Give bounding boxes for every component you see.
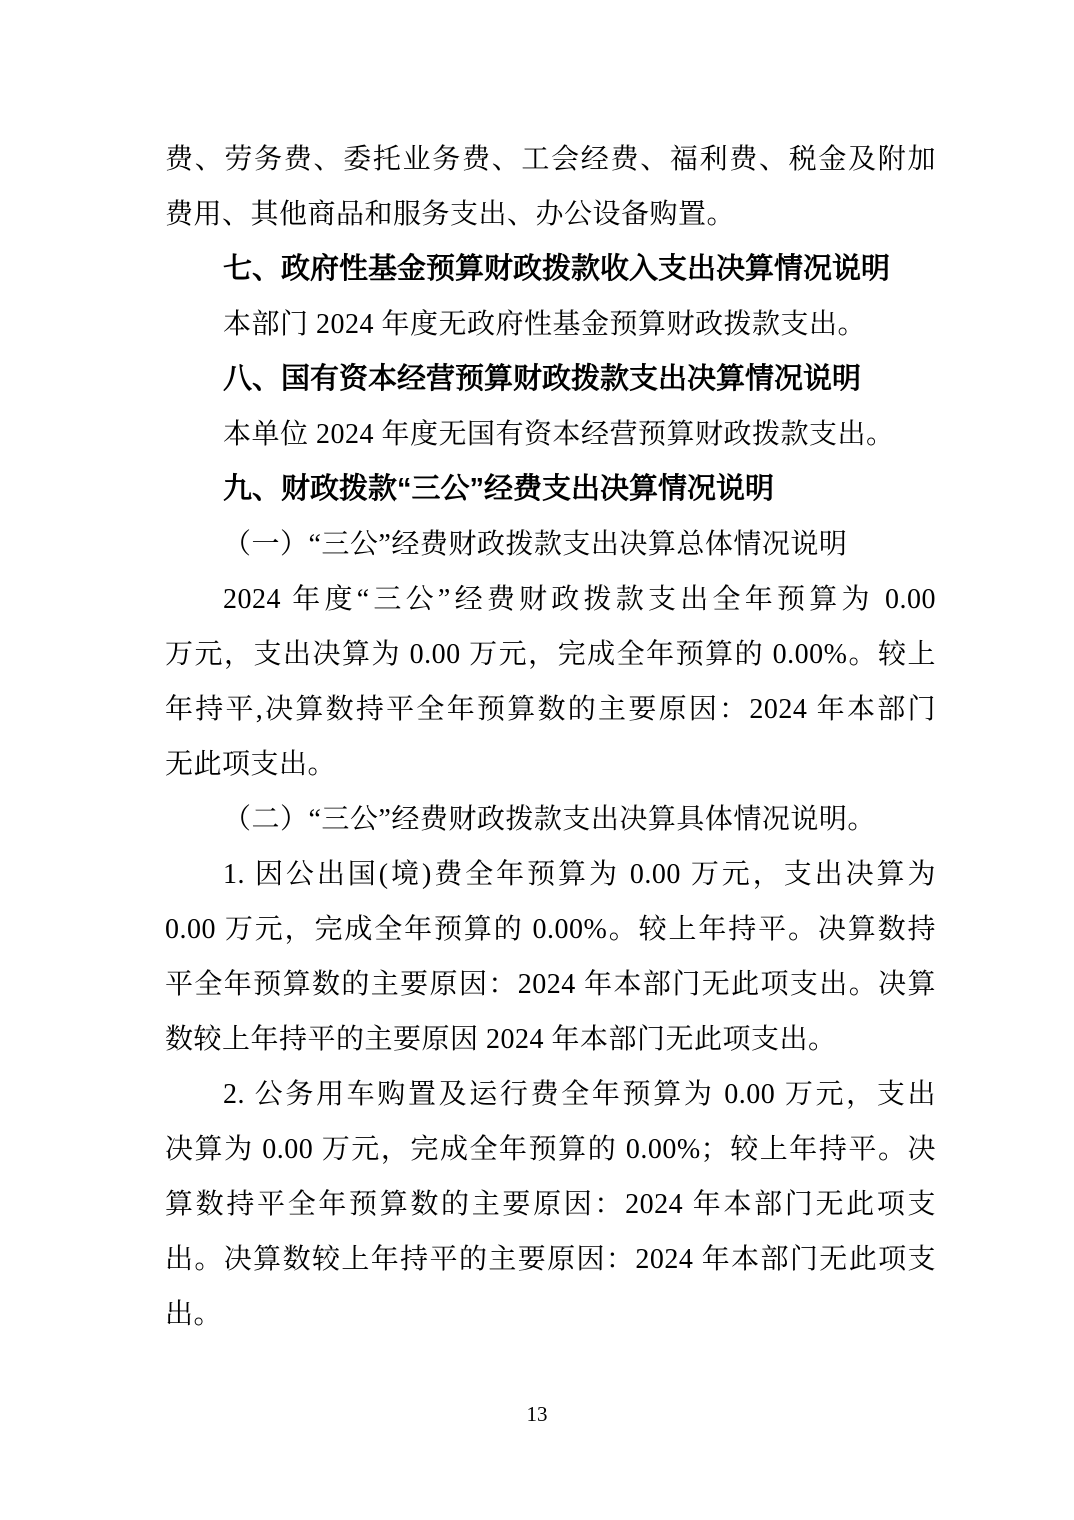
document-page: 费、劳务费、委托业务费、工会经费、福利费、税金及附加 费用、其他商品和服务支出、… [0, 0, 1074, 1520]
item-2-paragraph-line: 2. 公务用车购置及运行费全年预算为 0.00 万元，支出 [165, 1067, 936, 1122]
item-2-paragraph-line: 决算为 0.00 万元，完成全年预算的 0.00%；较上年持平。决 [165, 1122, 936, 1177]
section-7-heading: 七、政府性基金预算财政拨款收入支出决算情况说明 [165, 242, 936, 297]
item-1-paragraph-line: 平全年预算数的主要原因：2024 年本部门无此项支出。决算 [165, 957, 936, 1012]
continuation-paragraph-line: 费、劳务费、委托业务费、工会经费、福利费、税金及附加 [165, 132, 936, 187]
subsection-2-heading: （二）“三公”经费财政拨款支出决算具体情况说明。 [165, 792, 936, 847]
section-7-paragraph: 本部门 2024 年度无政府性基金预算财政拨款支出。 [165, 297, 936, 352]
continuation-paragraph-line: 费用、其他商品和服务支出、办公设备购置。 [165, 187, 936, 242]
item-2-paragraph-line: 出。 [165, 1287, 936, 1342]
section-8-heading: 八、国有资本经营预算财政拨款支出决算情况说明 [165, 352, 936, 407]
subsection-1-paragraph-line: 无此项支出。 [165, 737, 936, 792]
document-body: 费、劳务费、委托业务费、工会经费、福利费、税金及附加 费用、其他商品和服务支出、… [165, 132, 936, 1342]
subsection-1-heading: （一）“三公”经费财政拨款支出决算总体情况说明 [165, 517, 936, 572]
section-9-heading: 九、财政拨款“三公”经费支出决算情况说明 [165, 462, 936, 517]
section-8-paragraph: 本单位 2024 年度无国有资本经营预算财政拨款支出。 [165, 407, 936, 462]
item-2-paragraph-line: 出。决算数较上年持平的主要原因：2024 年本部门无此项支 [165, 1232, 936, 1287]
item-2-paragraph-line: 算数持平全年预算数的主要原因：2024 年本部门无此项支 [165, 1177, 936, 1232]
item-1-paragraph-line: 1. 因公出国(境)费全年预算为 0.00 万元，支出决算为 [165, 847, 936, 902]
page-number: 13 [0, 1400, 1074, 1428]
subsection-1-paragraph-line: 万元，支出决算为 0.00 万元，完成全年预算的 0.00%。较上 [165, 627, 936, 682]
item-1-paragraph-line: 数较上年持平的主要原因 2024 年本部门无此项支出。 [165, 1012, 936, 1067]
item-1-paragraph-line: 0.00 万元，完成全年预算的 0.00%。较上年持平。决算数持 [165, 902, 936, 957]
subsection-1-paragraph-line: 年持平,决算数持平全年预算数的主要原因：2024 年本部门 [165, 682, 936, 737]
subsection-1-paragraph-line: 2024 年度“三公”经费财政拨款支出全年预算为 0.00 [165, 572, 936, 627]
